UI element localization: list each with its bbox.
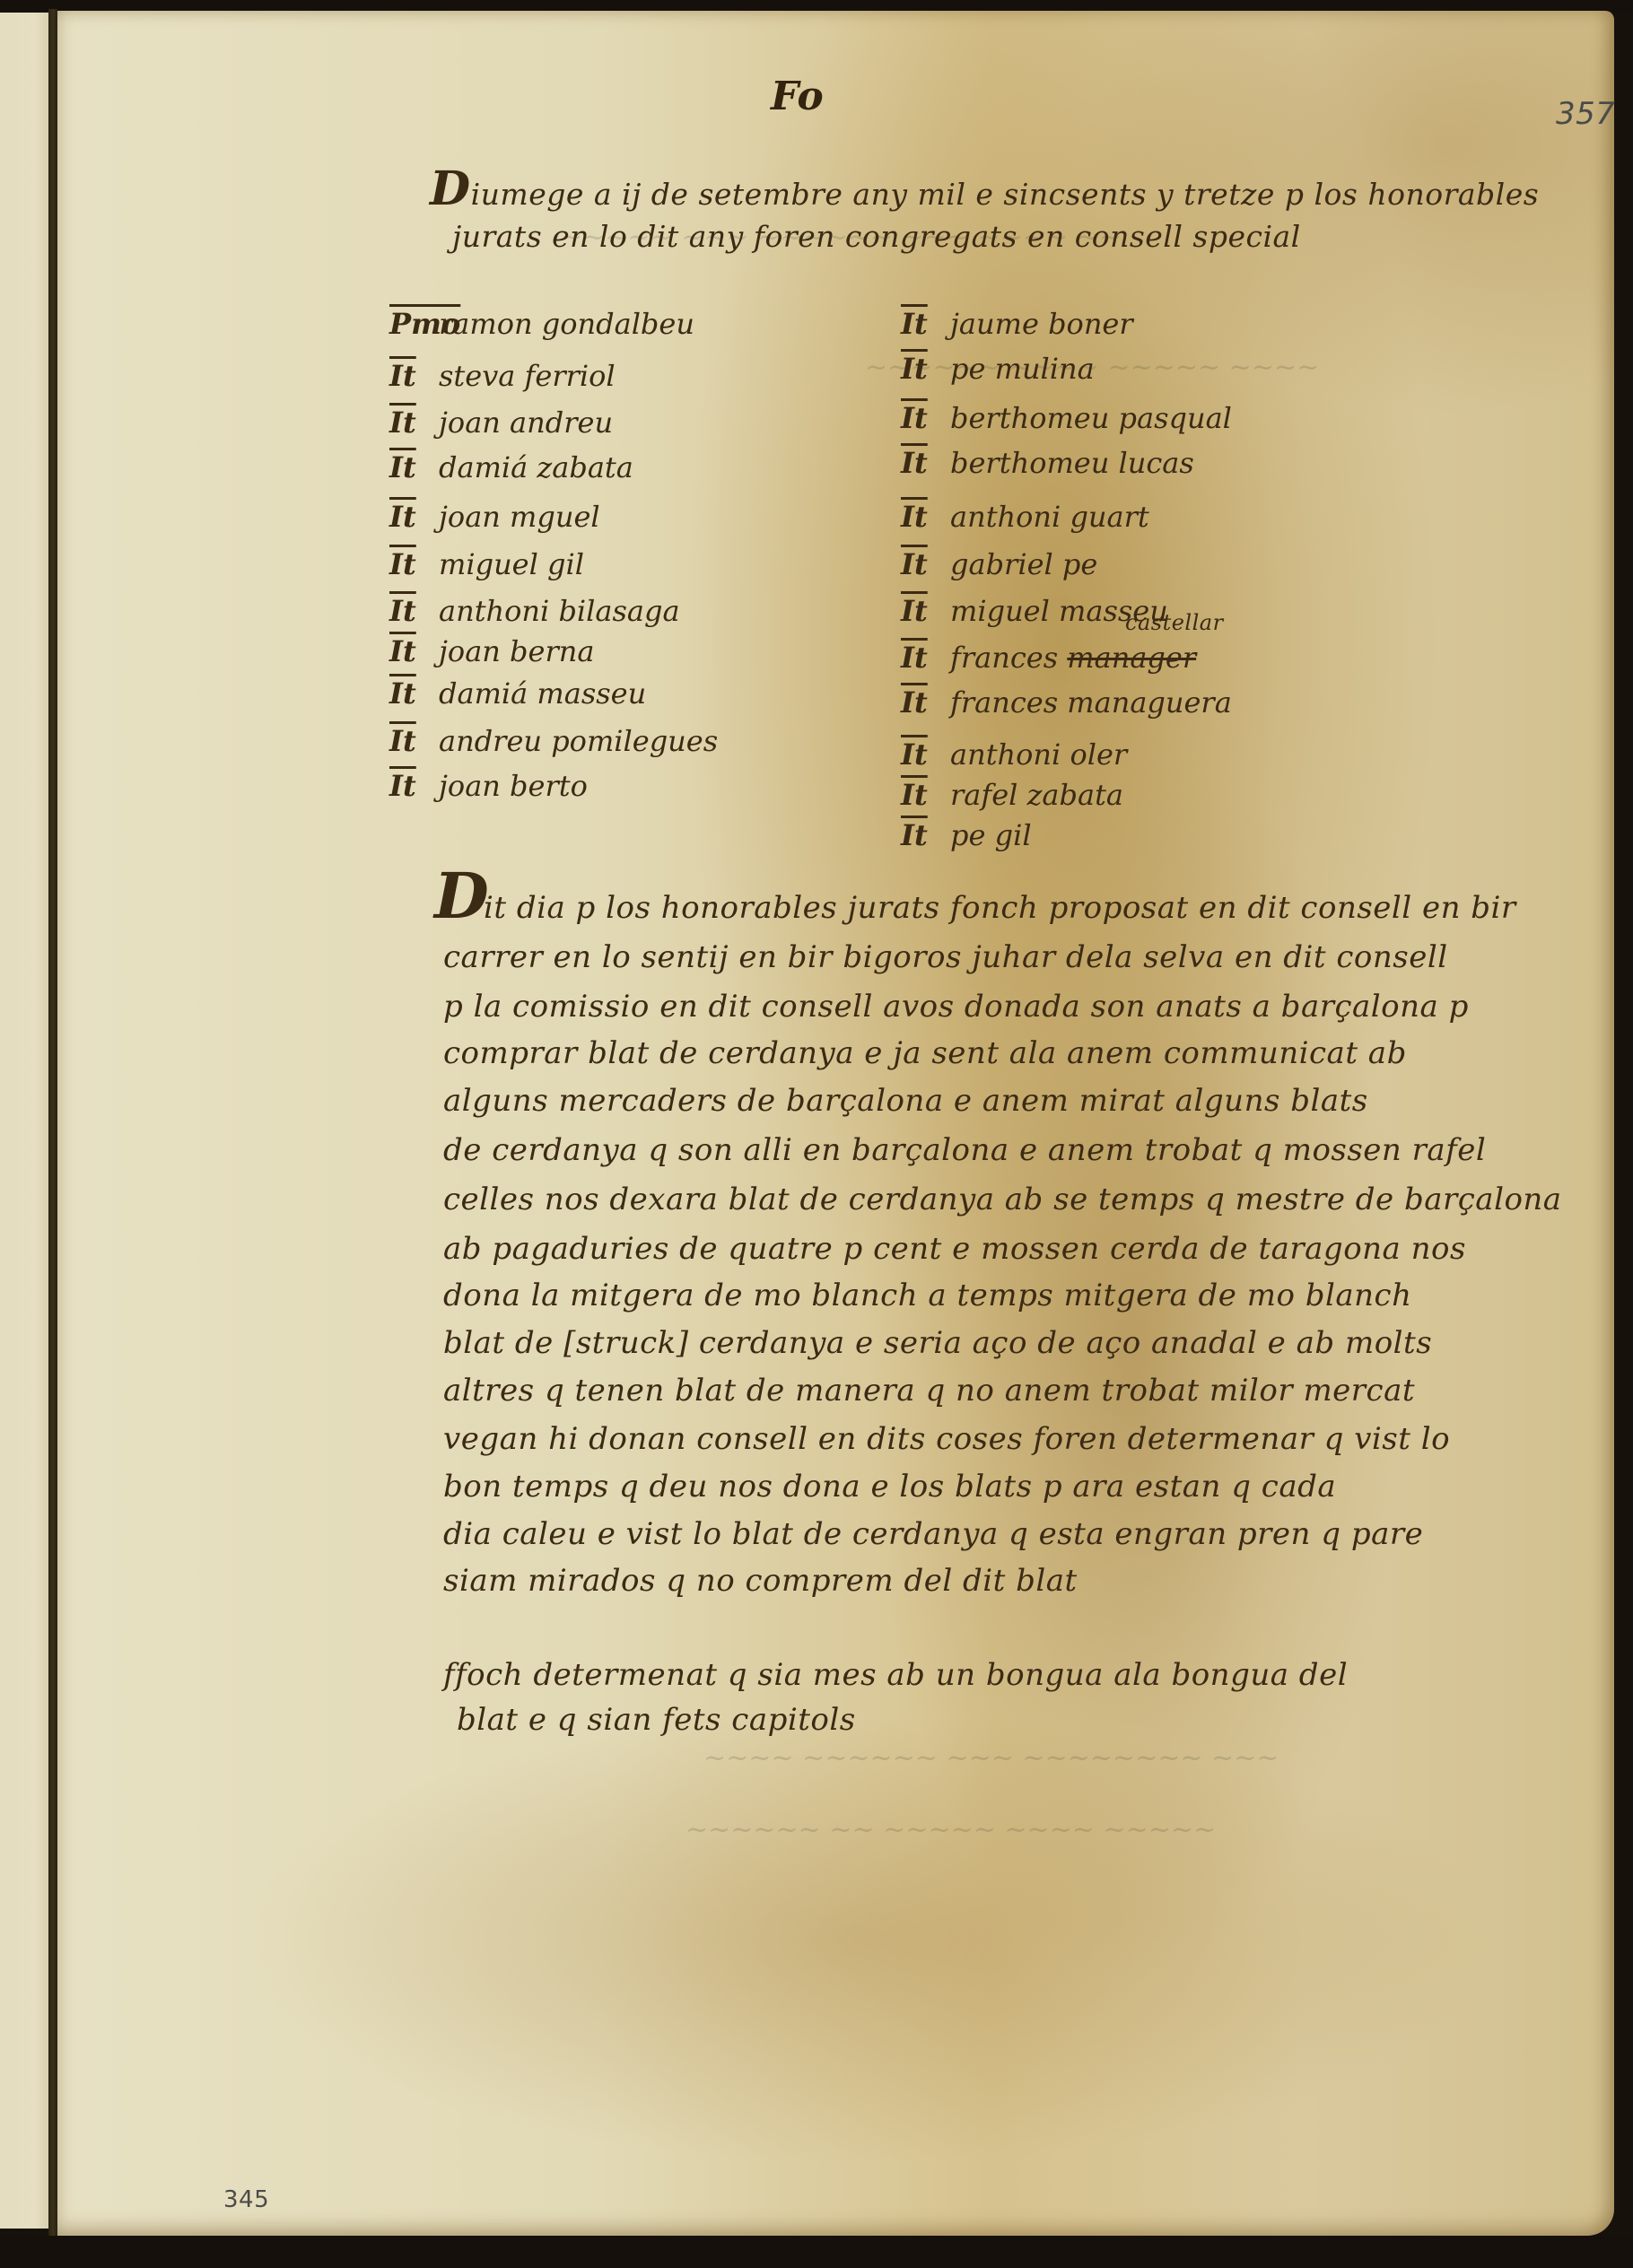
book-gutter xyxy=(48,9,57,2243)
paragraph-line: de cerdanya q son alli en barçalona e an… xyxy=(443,1132,1486,1168)
name-entry: Itmiguel gil xyxy=(389,547,584,581)
folio-mark: Fo xyxy=(771,74,824,119)
paragraph-line: ab pagaduries de quatre p cent e mossen … xyxy=(443,1231,1466,1267)
paragraph-initial: D xyxy=(434,859,489,933)
name-entry: Itpe gil xyxy=(901,818,1032,852)
struck-text: manager xyxy=(1067,641,1196,675)
paragraph-line: bon temps q deu nos dona e los blats p a… xyxy=(443,1469,1336,1505)
paragraph-line: dona la mitgera de mo blanch a temps mit… xyxy=(443,1278,1412,1313)
name-entry: Itpe mulina xyxy=(901,352,1095,386)
heading-text-1: iumege a ij de setembre any mil e sincse… xyxy=(471,177,1540,212)
name-entry: Itjoan mguel xyxy=(389,500,600,534)
paragraph-line: vegan hi donan consell en dits coses for… xyxy=(443,1421,1450,1457)
paragraph-line: it dia p los honorables jurats fonch pro… xyxy=(484,890,1516,926)
name-entry: Itdamiá masseu xyxy=(389,676,646,711)
paragraph-line: blat de [struck] cerdanya e seria aço de… xyxy=(443,1325,1432,1361)
name-entry: Itfrances managuera xyxy=(901,685,1232,720)
name-entry: Itanthoni guart xyxy=(901,500,1149,534)
show-through-text: ~~~~~~ ~~ ~~~~~ ~~~~ ~~~~~ xyxy=(686,1814,1216,1845)
paragraph-line: dia caleu e vist lo blat de cerdanya q e… xyxy=(443,1516,1423,1552)
name-entry: Itjoan berto xyxy=(389,769,588,803)
paragraph-line: blat e q sian fets capitols xyxy=(457,1702,856,1738)
paragraph-line: ffoch determenat q sia mes ab un bongua … xyxy=(443,1657,1348,1693)
name-entry: Itsteva ferriol xyxy=(389,359,616,393)
name-entry: Itdamiá zabata xyxy=(389,450,633,484)
name-entry: Itjoan berna xyxy=(389,634,594,668)
heading-initial: D xyxy=(430,161,471,216)
archive-number: 345 xyxy=(223,2186,269,2213)
name-entry: Itfrances manager xyxy=(901,641,1196,675)
paragraph-line: altres q tenen blat de manera q no anem … xyxy=(443,1373,1415,1409)
scan-background-bottom xyxy=(0,2236,1633,2268)
name-entry: Itberthomeu lucas xyxy=(901,446,1194,480)
paragraph-line: celles nos dexara blat de cerdanya ab se… xyxy=(443,1182,1562,1217)
paragraph-line: alguns mercaders de barçalona e anem mir… xyxy=(443,1083,1368,1119)
paragraph-line: carrer en lo sentij en bir bigoros juhar… xyxy=(443,939,1448,975)
name-entry: Itanthoni bilasaga xyxy=(389,594,680,628)
heading-line-1: Diumege a ij de setembre any mil e sincs… xyxy=(430,161,1539,216)
paragraph-line: comprar blat de cerdanya e ja sent ala a… xyxy=(443,1035,1407,1071)
name-entry: Itanthoni oler xyxy=(901,737,1127,772)
name-entry: Itberthomeu pasqual xyxy=(901,401,1232,435)
interlinear-correction: castellar xyxy=(1125,610,1224,635)
manuscript-page: ~~~~~ ~~~ ~~~~~~ ~~~ ~~~~ ~~ ~~~~~~ ~~~~… xyxy=(57,11,1614,2236)
name-entry: Itjoan andreu xyxy=(389,406,613,440)
manuscript-scan: ~~~~~ ~~~ ~~~~~~ ~~~ ~~~~ ~~ ~~~~~~ ~~~~… xyxy=(0,0,1633,2268)
show-through-text: ~~~~ ~~~~~~ ~~~ ~~~~~~~~ ~~~ xyxy=(703,1742,1279,1774)
name-entry: Itjaume boner xyxy=(901,307,1133,341)
name-entry: Itrafel zabata xyxy=(901,778,1123,812)
facing-page-edge xyxy=(0,13,49,2229)
name-entry: Itandreu pomilegues xyxy=(389,724,718,758)
paragraph-line: p la comissio en dit consell avos donada… xyxy=(443,989,1469,1025)
name-entry: Pmoramon gondalbeu xyxy=(389,307,694,341)
heading-line-2: jurats en lo dit any foren congregats en… xyxy=(452,219,1301,254)
folio-number: 357 xyxy=(1556,96,1615,132)
paragraph-line: siam mirados q no comprem del dit blat xyxy=(443,1563,1078,1599)
name-entry: Itgabriel pe xyxy=(901,547,1097,581)
